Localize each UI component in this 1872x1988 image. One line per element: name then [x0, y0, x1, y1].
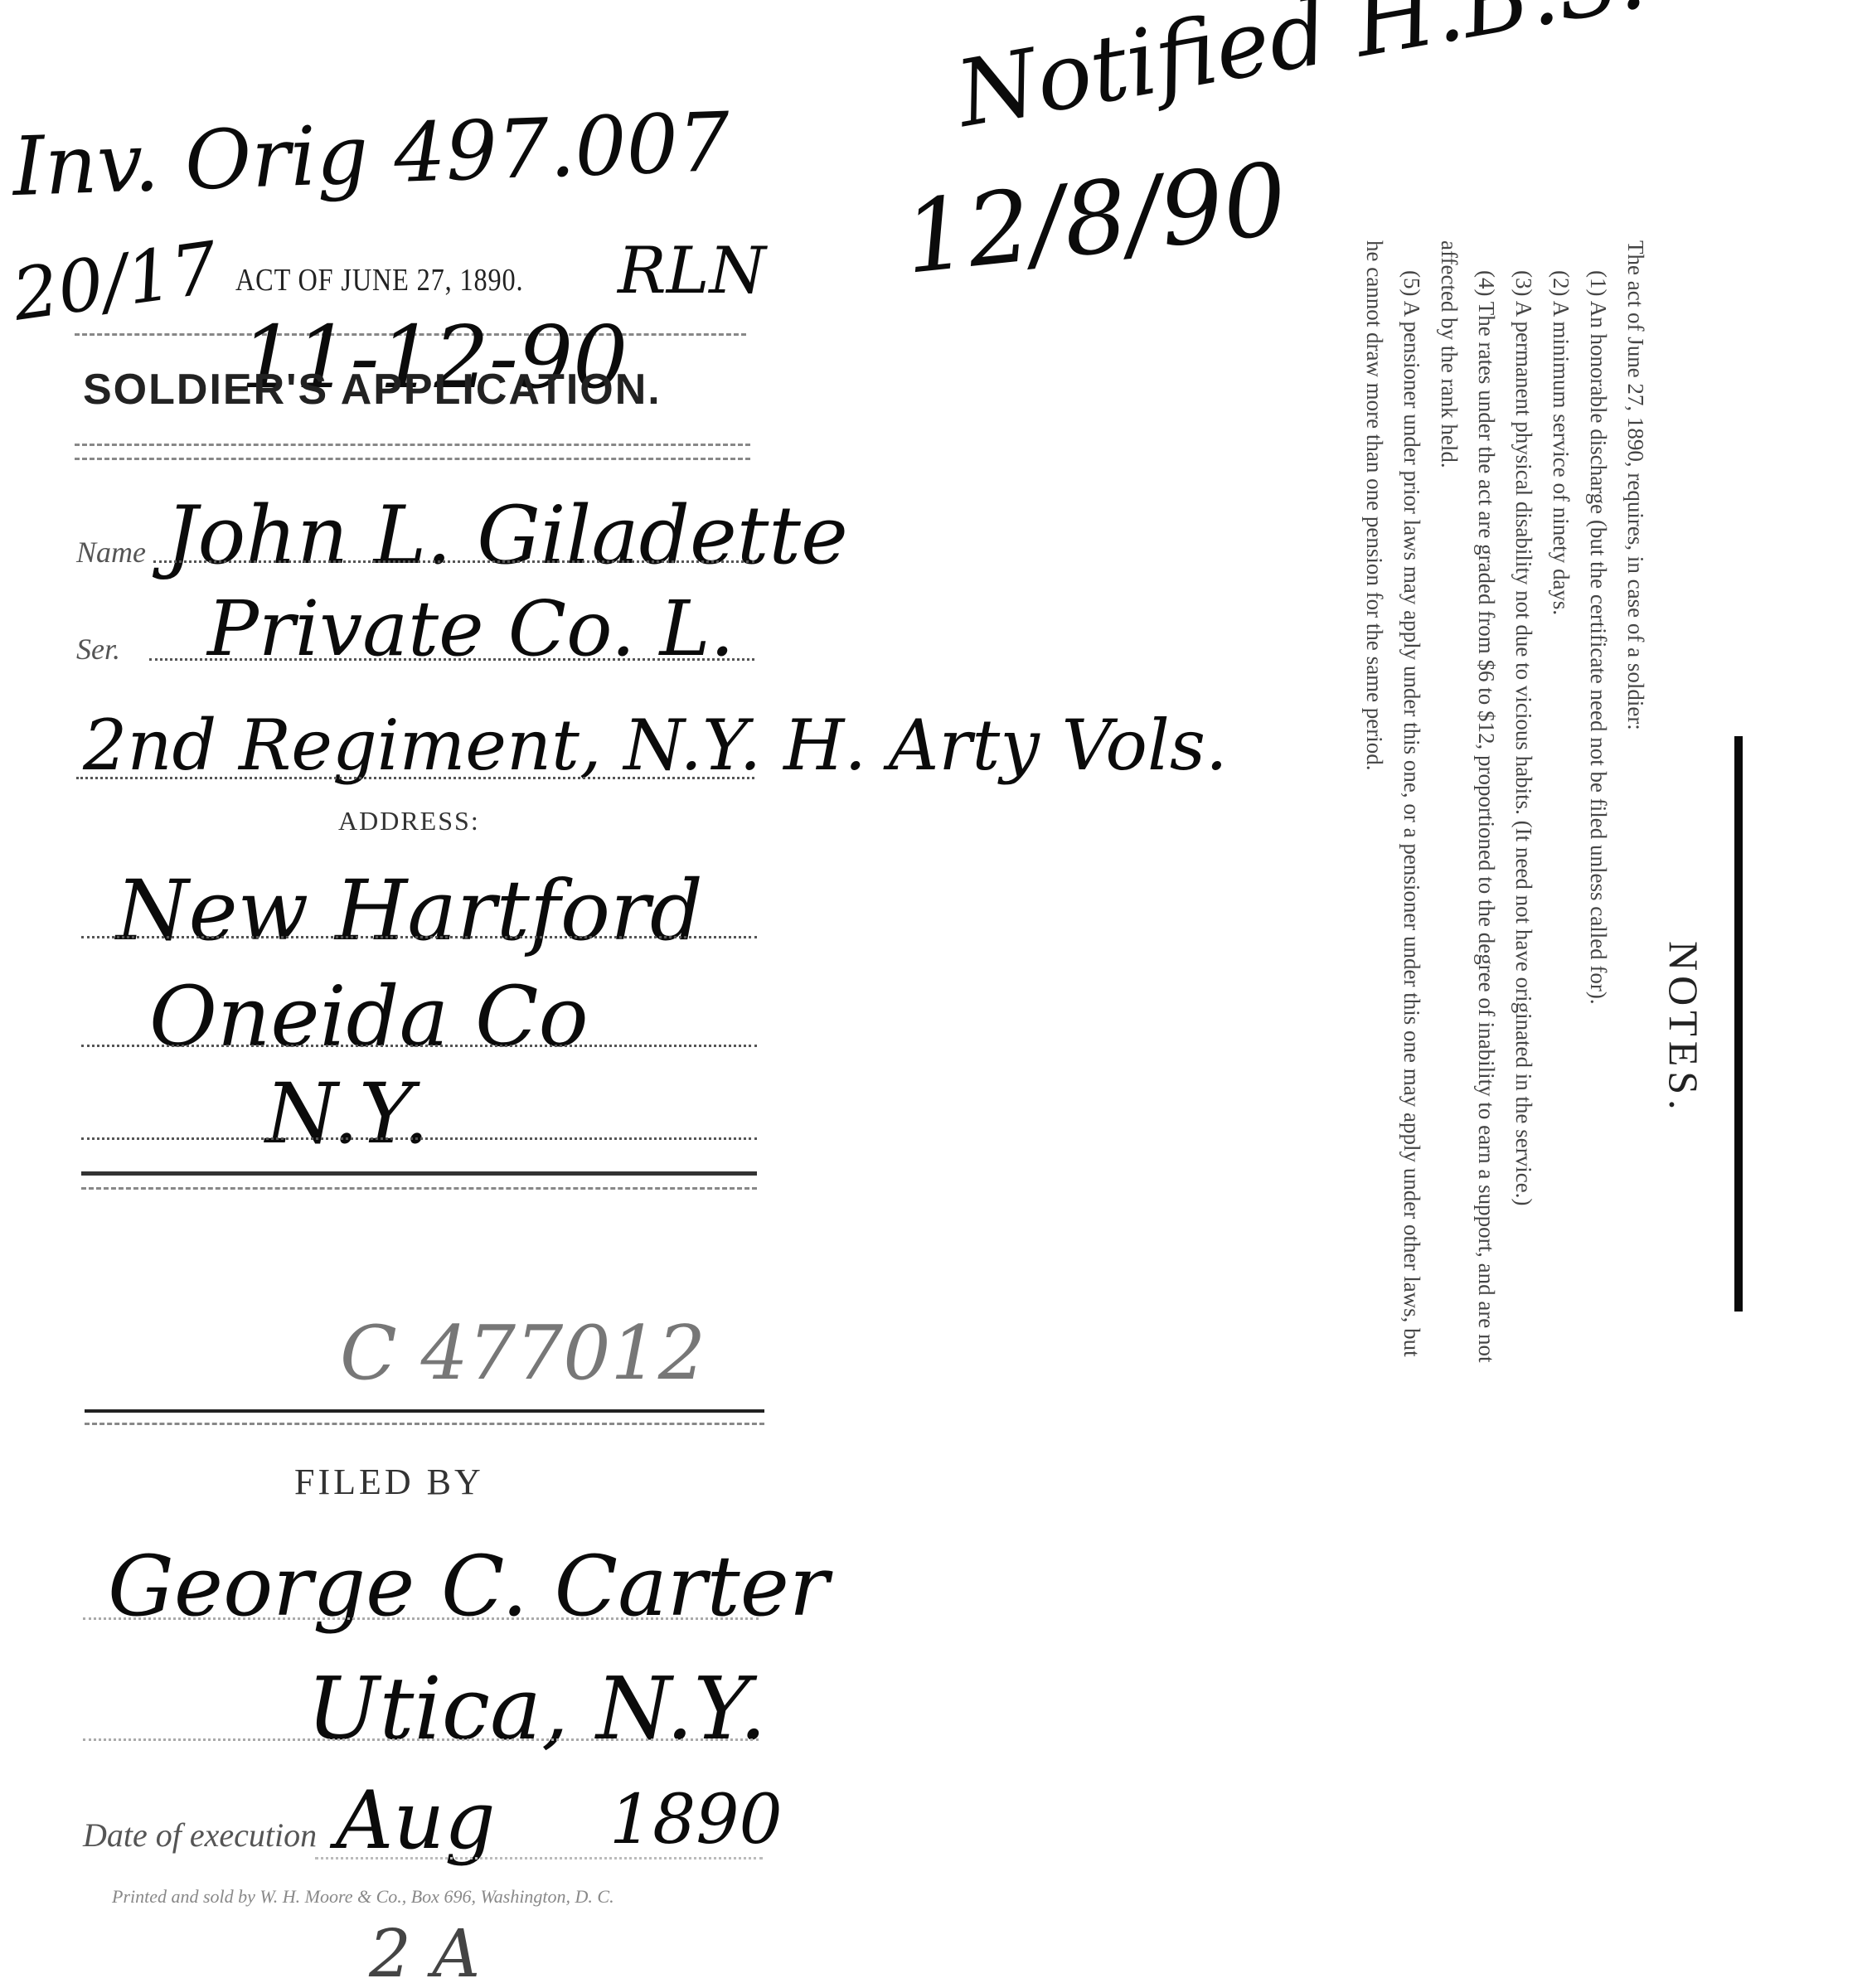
- date-year: 1890: [609, 1781, 783, 1860]
- filed-by-label: FILED BY: [294, 1461, 484, 1503]
- act-title: ACT OF JUNE 27, 1890.: [235, 262, 523, 298]
- date-rule: [315, 1857, 763, 1860]
- notes-item: (4) The rates under the act are graded f…: [1467, 240, 1505, 1517]
- cert-number-annotation: C 477012: [340, 1310, 706, 1397]
- notes-item: (3) A permanent physical disability not …: [1505, 240, 1542, 1517]
- binding-bar: [1734, 736, 1743, 1312]
- date-label: Date of execution: [83, 1816, 317, 1855]
- address-rule-3: [81, 1137, 757, 1140]
- inv-orig-annotation: Inv. Orig 497.007: [11, 95, 731, 215]
- address-line-3: N.Y.: [265, 1065, 429, 1162]
- notes-intro: The act of June 27, 1890, requires, in c…: [1617, 240, 1654, 1517]
- address-line-1: New Hartford: [116, 862, 703, 959]
- title-rule-1: [75, 444, 750, 446]
- service-line: [149, 658, 754, 661]
- date-month: Aug: [336, 1774, 496, 1867]
- form-title: SOLDIER'S APPLICATION.: [83, 365, 662, 415]
- address-section-end-2: [81, 1187, 757, 1190]
- filed-by-location: Utica, N.Y.: [307, 1658, 767, 1759]
- filed-by-name: George C. Carter: [108, 1538, 829, 1635]
- address-section-end: [81, 1171, 757, 1176]
- address-rule-1: [81, 936, 757, 938]
- file-fraction-annotation: 20/17: [7, 226, 222, 337]
- notes-item: (5) A pensioner under prior laws may app…: [1393, 240, 1430, 1517]
- initials-annotation: RLN: [618, 234, 766, 308]
- address-rule-2: [81, 1045, 757, 1047]
- cert-rule-2: [85, 1423, 764, 1425]
- printer-line: Printed and sold by W. H. Moore & Co., B…: [112, 1886, 614, 1908]
- notes-item-continued: affected by the rank held.: [1430, 240, 1467, 1517]
- notes-heading: NOTES.: [1658, 941, 1708, 1123]
- notes-body: The act of June 27, 1890, requires, in c…: [1372, 240, 1654, 1517]
- notes-item: (2) A minimum service of ninety days.: [1542, 240, 1579, 1517]
- notified-date-annotation: 12/8/90: [899, 142, 1292, 297]
- notified-annotation: Notified H.B.S.: [949, 0, 1652, 148]
- address-label: ADDRESS:: [338, 806, 480, 836]
- regiment-line: [76, 777, 754, 779]
- bottom-scrawl: 2 A: [369, 1915, 480, 1988]
- notes-item-continued: he cannot draw more than one pension for…: [1356, 240, 1393, 1517]
- name-label: Name: [76, 535, 146, 570]
- title-rule-2: [75, 458, 750, 460]
- service-label: Ser.: [76, 632, 120, 667]
- filed-by-rule-1: [83, 1617, 759, 1620]
- cert-rule: [85, 1409, 764, 1413]
- name-value: John L. Giladette: [166, 489, 848, 582]
- notes-item: (1) An honorable discharge (but the cert…: [1579, 240, 1617, 1517]
- name-line: [153, 560, 754, 563]
- filed-by-rule-2: [83, 1738, 759, 1741]
- address-line-2: Oneida Co: [149, 968, 589, 1065]
- regiment-value: 2nd Regiment, N.Y. H. Arty Vols.: [83, 705, 1228, 786]
